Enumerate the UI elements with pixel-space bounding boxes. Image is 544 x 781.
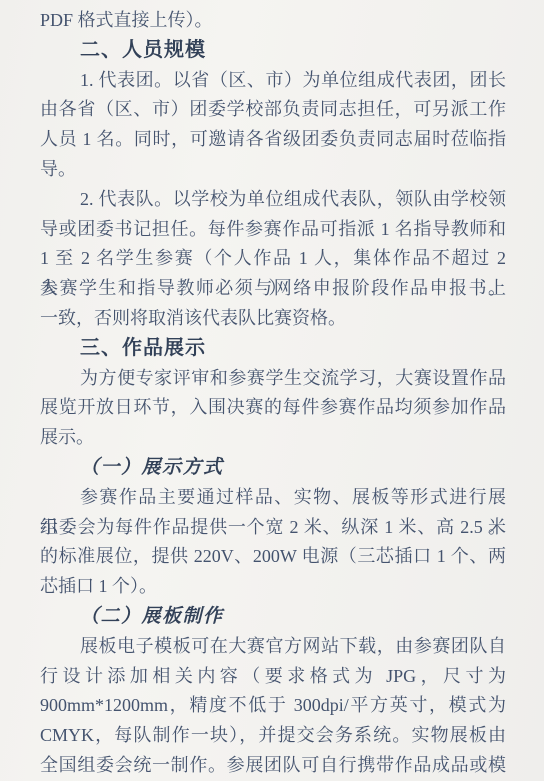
paragraph-line: 2. 代表队。以学校为单位组成代表队，领队由学校领: [40, 185, 506, 215]
paragraph-line: 的标准展位，提供 220V、200W 电源（三芯插口 1 个、两: [40, 542, 506, 572]
paragraph-line: 展览开放日环节，入围决赛的每件参赛作品均须参加作品: [40, 393, 506, 423]
paragraph-line: 900mm*1200mm，精度不低于 300dpi/平方英寸，模式为: [40, 691, 506, 721]
paragraph-line: 一致，否则将取消该代表队比赛资格。: [40, 304, 506, 334]
paragraph-line: 行设计添加相关内容（要求格式为 JPG，尺寸为: [40, 662, 506, 692]
paragraph-line: 全国组委会统一制作。参展团队可自行携带作品成品或模: [40, 751, 506, 781]
paragraph-line: 1 至 2 名学生参赛（个人作品 1 人，集体作品不超过 2 人）。: [40, 244, 506, 274]
paragraph-line: PDF 格式直接上传）。: [40, 6, 506, 36]
paragraph-line: CMYK，每队制作一块），并提交会务系统。实物展板由: [40, 721, 506, 751]
subsection-heading-display-method: （一）展示方式: [40, 453, 506, 483]
paragraph-line: 导。: [40, 155, 506, 185]
subsection-heading-board-production: （二）展板制作: [40, 602, 506, 632]
paragraph-line: 导或团委书记担任。每件参赛作品可指派 1 名指导教师和: [40, 215, 506, 245]
paragraph-line: 组委会为每件作品提供一个宽 2 米、纵深 1 米、高 2.5 米: [40, 513, 506, 543]
paragraph-line: 为方便专家评审和参赛学生交流学习，大赛设置作品: [40, 364, 506, 394]
section-heading-personnel-scale: 二、人员规模: [40, 36, 506, 66]
section-heading-work-exhibition: 三、作品展示: [40, 334, 506, 364]
document-page: PDF 格式直接上传）。 二、人员规模 1. 代表团。以省（区、市）为单位组成代…: [0, 0, 544, 781]
paragraph-line: 参赛作品主要通过样品、实物、展板等形式进行展示。: [40, 483, 506, 513]
paragraph-line: 人员 1 名。同时，可邀请各省级团委负责同志届时莅临指: [40, 125, 506, 155]
paragraph-line: 参赛学生和指导教师必须与网络申报阶段作品申报书上: [40, 274, 506, 304]
paragraph-line: 由各省（区、市）团委学校部负责同志担任，可另派工作: [40, 95, 506, 125]
paragraph-line: 1. 代表团。以省（区、市）为单位组成代表团，团长: [40, 66, 506, 96]
paragraph-line: 芯插口 1 个）。: [40, 572, 506, 602]
paragraph-line: 展示。: [40, 423, 506, 453]
paragraph-line: 展板电子模板可在大赛官方网站下载，由参赛团队自: [40, 632, 506, 662]
